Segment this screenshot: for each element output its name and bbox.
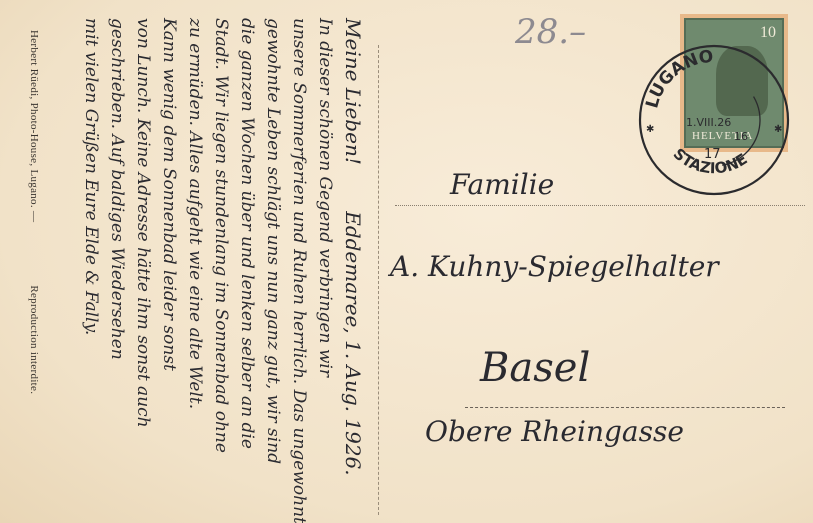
postcard: Herbert Rüedi, Photo-House, Lugano. — Re… — [0, 0, 813, 523]
svg-text:1.VIII.26: 1.VIII.26 — [686, 116, 731, 129]
address-guide-line — [465, 407, 785, 408]
message-place-date: Eddemaree, 1. Aug. 1926. — [341, 211, 365, 475]
svg-text:16: 16 — [734, 130, 748, 143]
reproduction-notice: Reproduction interdite. — [28, 285, 40, 394]
message-line: unsere Sommerferien und Ruhen herrlich. … — [286, 18, 312, 518]
svg-text:✱: ✱ — [646, 124, 654, 135]
message-line: von Lunch. Keine Adresse hätte ihm sonst… — [130, 18, 156, 518]
address-city: Basel — [480, 345, 590, 391]
message-line: mit vielen Grüßen Eure Elde & Fally. — [78, 18, 104, 518]
postmark-icon: LUGANO STAZIONE 1.VIII.26 16 17 ✱ ✱ — [634, 40, 794, 200]
message-line: die ganzen Wochen über und lenken selber… — [234, 18, 260, 518]
publisher-text: Herbert Rüedi, Photo-House, Lugano. — — [28, 30, 40, 222]
pencil-price-note: 28.– — [515, 12, 586, 52]
publisher-imprint: Herbert Rüedi, Photo-House, Lugano. — Re… — [28, 30, 40, 394]
message-line: zu ermüden. Alles aufgeht wie eine alte … — [182, 18, 208, 518]
address-line-2: A. Kuhny-Spiegelhalter — [390, 250, 719, 283]
address-guide-line — [395, 205, 805, 206]
address-line-1: Familie — [450, 168, 554, 201]
message-greeting: Meine Lieben! Eddemaree, 1. Aug. 1926. — [338, 18, 368, 518]
message-line: gewohnte Leben schlägt uns nun ganz gut,… — [260, 18, 286, 518]
address-street: Obere Rheingasse — [425, 415, 684, 448]
message-line: Kann wenig dem Sonnenbad leider sonst — [156, 18, 182, 518]
center-divider — [378, 45, 379, 515]
message-line: In dieser schönen Gegend verbringen wir — [312, 18, 338, 518]
svg-text:17: 17 — [704, 147, 721, 162]
message-area: Meine Lieben! Eddemaree, 1. Aug. 1926. I… — [48, 18, 368, 518]
message-line: geschrieben. Auf baldiges Wiedersehen — [104, 18, 130, 518]
svg-text:✱: ✱ — [774, 124, 782, 135]
message-line: Stadt. Wir liegen stundenlang im Sonnenb… — [208, 18, 234, 518]
